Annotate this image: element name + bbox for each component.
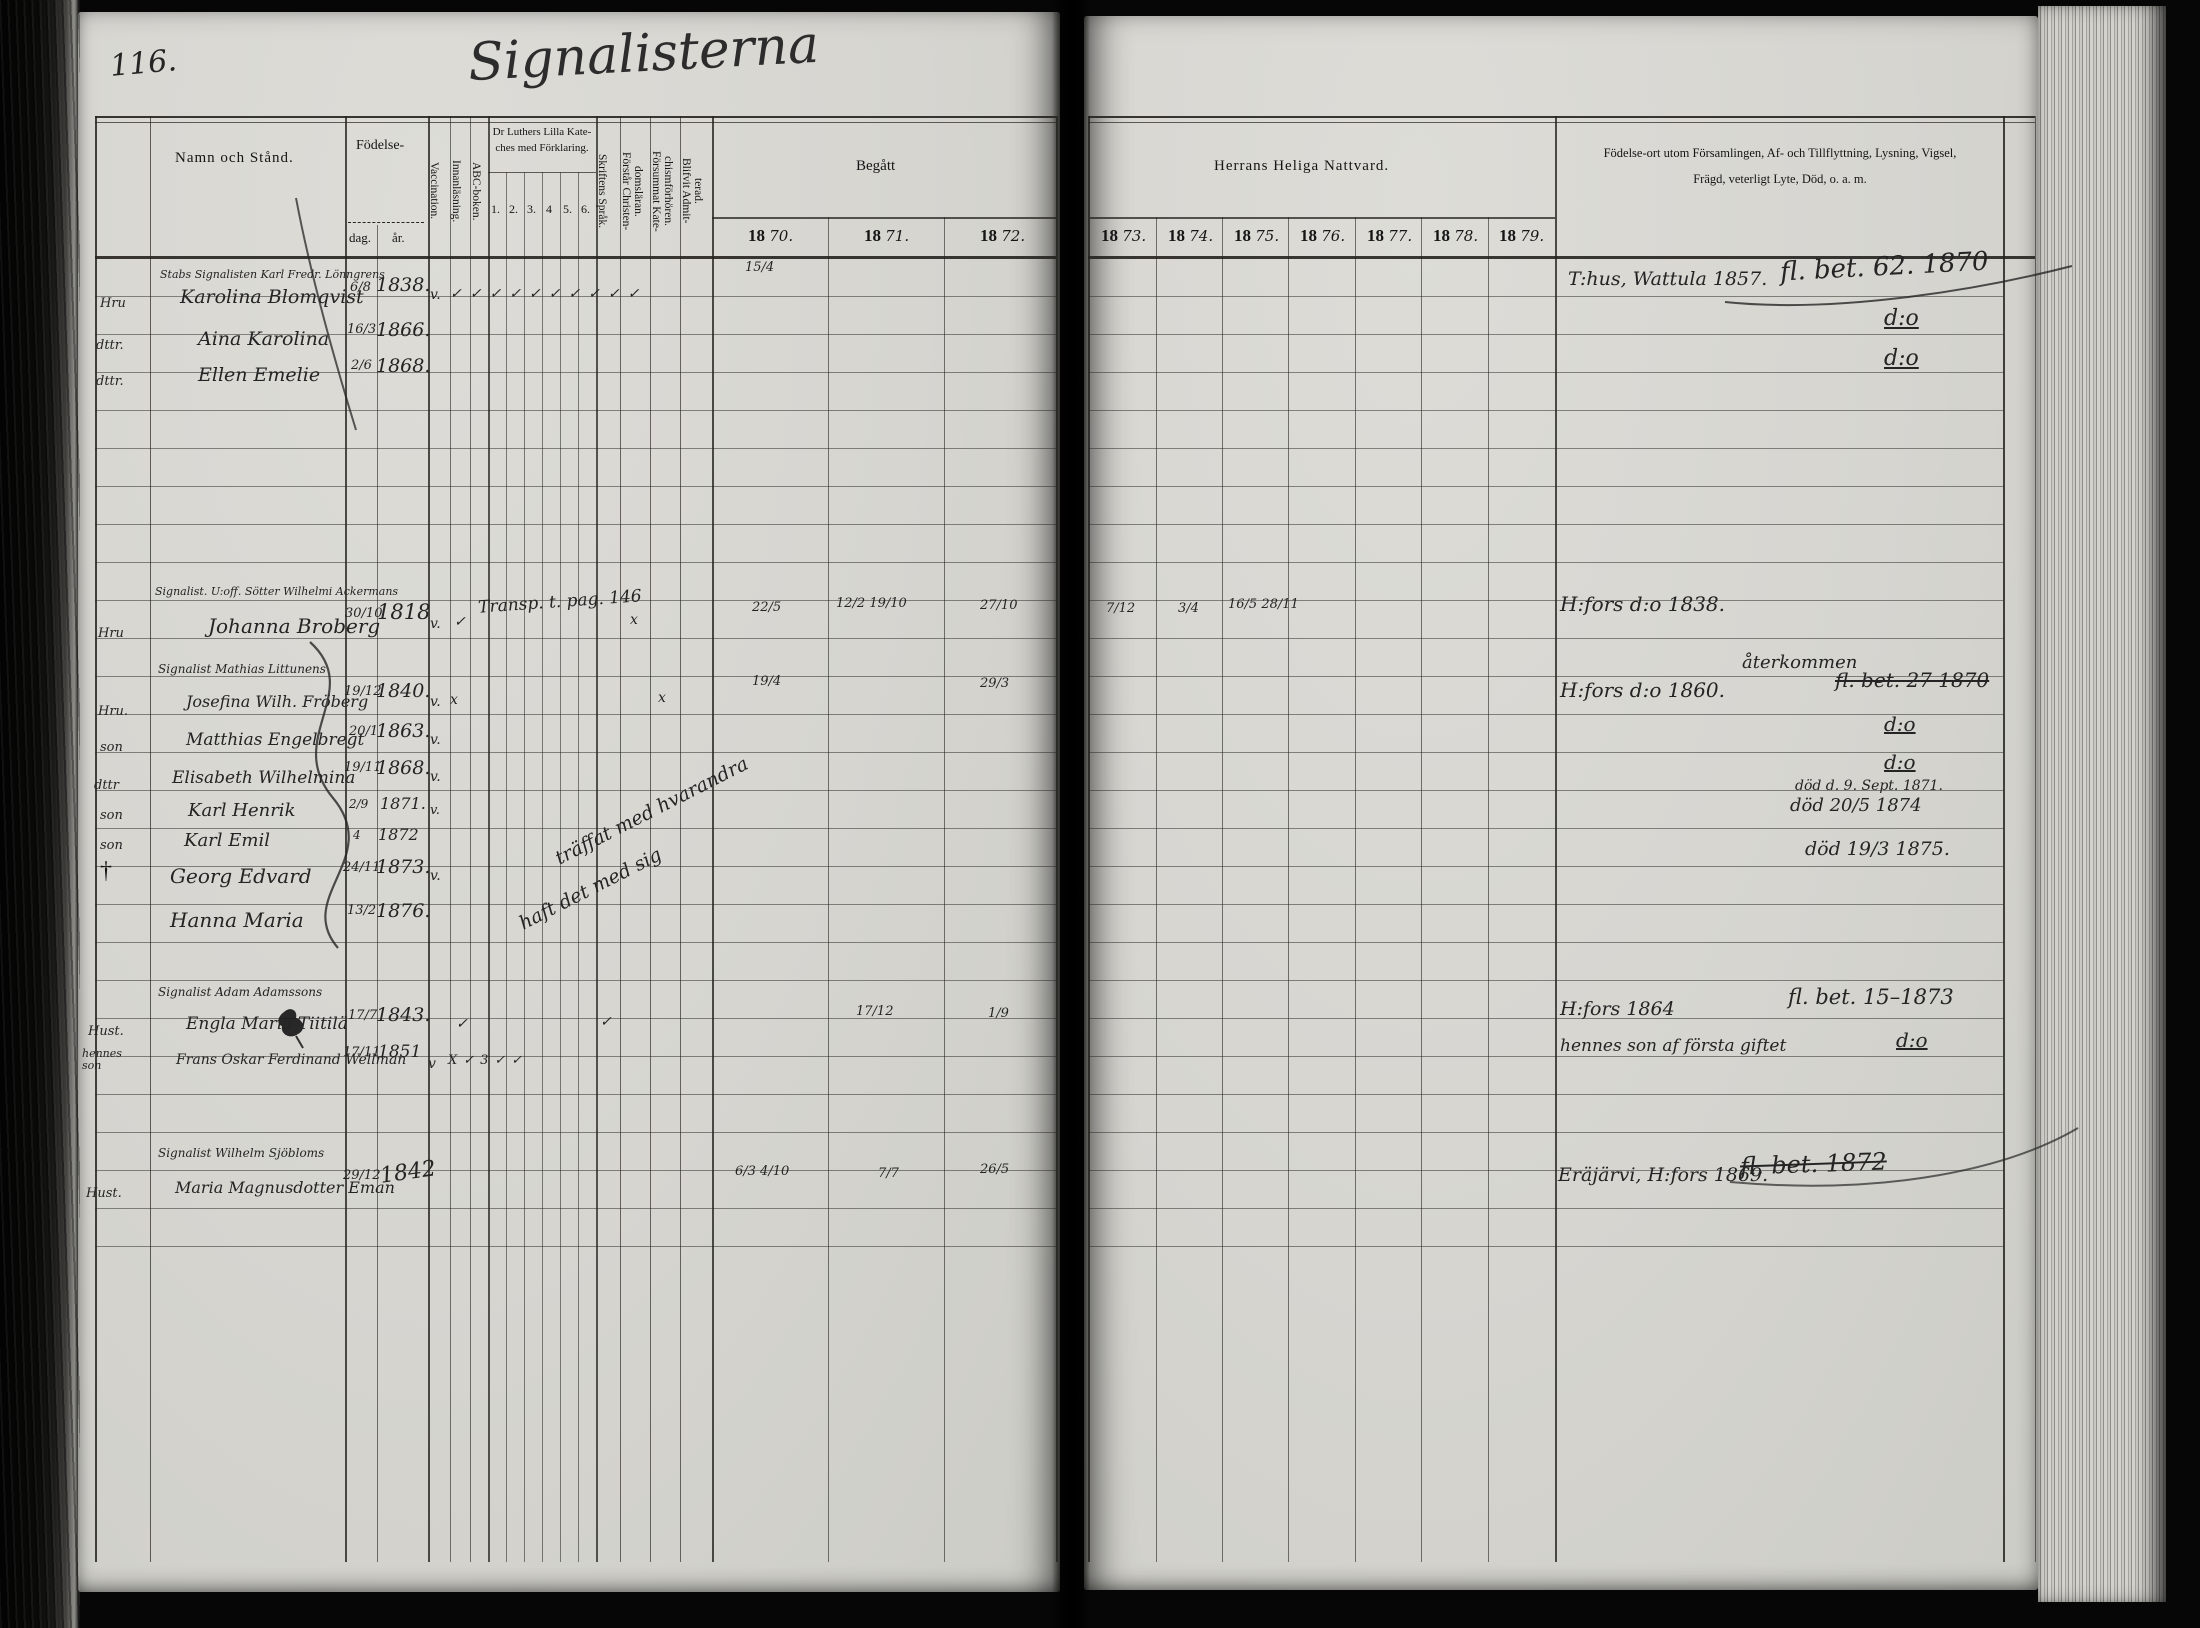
entry-vaccination-mark: v. [430, 769, 441, 785]
entry-margin: dttr [94, 778, 119, 793]
entry-birth-day: 24/11 [343, 860, 380, 875]
entry-note-moved: fl. bet. 1872 [1740, 1147, 1888, 1180]
entry-birth-day: 13/2 [347, 903, 376, 918]
entry-vaccination-mark: v. [430, 803, 440, 818]
entry-check-mark-2: x [658, 690, 666, 706]
entry-margin: Hru [98, 626, 124, 641]
entry-note-ditto: d:o [1884, 306, 1919, 331]
entry-birth-day: 6/8 [350, 280, 371, 295]
entry-occupation: Signalist Adam Adamssons [158, 985, 322, 999]
header-admitted-line1: Blifvit Admit- [680, 128, 692, 254]
entry-birth-year: 1843. [376, 1004, 430, 1026]
header-scripture: Skriftens Språk. [596, 128, 620, 254]
header-notes-line2: Frägd, veterligt Lyte, Död, o. a. m. [1565, 172, 1995, 187]
year-header-1879: 18 79. [1499, 226, 1544, 246]
entry-communion-1872: 29/3 [980, 676, 1009, 691]
entry-vaccination-mark: v. [430, 868, 441, 884]
header-missed-line1: Försummat Kate- [650, 128, 662, 254]
entry-birth-year: 1863. [376, 720, 430, 742]
entry-note-relation: hennes son af första giftet [1560, 1036, 1786, 1056]
page-number: 116. [109, 43, 179, 84]
entry-vaccination-mark: v. [430, 287, 441, 303]
entry-birth-day: 2/6 [351, 358, 372, 373]
header-catechism-line1: Dr Luthers Lilla Kate- [488, 126, 596, 138]
year-header-1870: 18 70. [748, 226, 793, 246]
entry-communion-1871: 7/7 [878, 1166, 899, 1181]
year-header-1876: 18 76. [1300, 226, 1345, 246]
entry-note-place: T:hus, Wattula 1857. [1568, 268, 1767, 290]
header-understands: Förstår Christen- domsläran. [620, 128, 650, 254]
header-catechism-col-1: 1. [491, 202, 500, 217]
entry-birth-year: 1851 [378, 1042, 421, 1062]
entry-birth-year: 1838. [376, 274, 430, 296]
entry-communion-1870: 15/4 [745, 260, 774, 275]
entry-vaccination-mark: v [428, 1056, 436, 1072]
header-catechism-col-4: 4 [546, 202, 552, 217]
entry-birth-year: 1866. [376, 319, 430, 341]
entry-birth-day: 29/12 [343, 1168, 380, 1183]
entry-note-moved: fl. bet. 15–1873 [1788, 985, 1954, 1009]
entry-communion-1872: 1/9 [988, 1006, 1009, 1021]
header-communion-main: Herrans Heliga Nattvard. [1214, 158, 1389, 175]
entry-name: Matthias Engelbregt [186, 730, 364, 750]
year-header-1878: 18 78. [1433, 226, 1478, 246]
entry-check-marks: ✓ [456, 1016, 468, 1032]
entry-note-moved: fl. bet. 27 1870 [1835, 668, 1989, 692]
entry-birth-year: 1818 [377, 600, 430, 624]
entry-name: Aina Karolina [198, 328, 329, 350]
entry-note-ditto: d:o [1884, 712, 1916, 736]
entry-name: Josefina Wilh. Fröberg [186, 692, 368, 711]
entry-communion-1874: 3/4 [1178, 601, 1199, 616]
entry-margin: Hru [100, 296, 126, 311]
entry-birth-day: 4 [353, 828, 361, 842]
header-catechism-col-2: 2. [509, 202, 518, 217]
entry-name: Karolina Blomqvist [180, 286, 364, 308]
entry-margin: Hust. [86, 1186, 122, 1201]
entry-check-marks: X✓3✓✓ [448, 1053, 528, 1068]
entry-margin: hennes son [82, 1048, 144, 1072]
header-catechism-col-6: 6. [581, 202, 590, 217]
entry-occupation: Signalist. U:off. Sötter Wilhelmi Ackerm… [155, 585, 398, 598]
header-catechism-line2: ches med Förklaring. [488, 142, 596, 154]
entry-check-marks: ✓ [454, 614, 466, 630]
header-birth-group: Födelse- [356, 138, 404, 154]
entry-name: Engla Maria Tiitilä [186, 1014, 348, 1034]
year-header-1872: 18 72. [980, 226, 1025, 246]
header-notes-line1: Födelse-ort utom Församlingen, Af- och T… [1565, 146, 1995, 161]
entry-check-mark-2: x [630, 612, 638, 628]
entry-birth-year: 1872 [378, 825, 419, 844]
entry-occupation: Signalist Mathias Littunens [158, 662, 326, 676]
entry-name: Karl Henrik [188, 800, 295, 821]
entry-name: Elisabeth Wilhelmina [172, 768, 355, 788]
entry-margin: dttr. [96, 374, 124, 389]
entry-check-marks: x [450, 692, 458, 708]
entry-communion-1875: 16/5 28/11 [1228, 597, 1299, 612]
entry-communion-1873: 7/12 [1106, 601, 1135, 616]
entry-birth-year: 1868. [376, 757, 430, 779]
entry-birth-day: 16/3 [347, 322, 376, 337]
entry-note-place: H:fors 1864 [1560, 998, 1675, 1020]
entry-communion-1871: 12/2 19/10 [836, 596, 907, 611]
entry-birth-year: 1868. [376, 355, 430, 377]
year-header-1875: 18 75. [1234, 226, 1279, 246]
entry-margin: son [100, 838, 123, 853]
entry-vaccination-mark: v. [430, 694, 441, 710]
book-scan: 116. Signalisterna Namn och Stånd. Födel… [0, 0, 2200, 1628]
entry-margin: Hru. [98, 704, 128, 719]
entry-margin: dttr. [96, 338, 124, 353]
entry-note-died: död 19/3 1875. [1805, 838, 1950, 860]
header-catechism-col-3: 3. [527, 202, 536, 217]
header-abc-book: ABC-boken. [470, 128, 488, 254]
entry-check-mark-2: ✓ [600, 1014, 612, 1030]
entry-note-ditto: d:o [1896, 1028, 1928, 1052]
entry-margin: son [100, 808, 123, 823]
header-admitted-line2: terad. [692, 128, 704, 254]
entry-note-place: H:fors d:o 1860. [1560, 678, 1725, 702]
entry-birth-year: 1876. [376, 900, 430, 922]
header-understands-line1: Förstår Christen- [620, 128, 632, 254]
entry-vaccination-mark: v. [430, 732, 441, 748]
entry-communion-1872: 27/10 [980, 598, 1017, 613]
entry-name: Georg Edvard [170, 864, 312, 888]
entry-note-died: död d. 9. Sept. 1871. [1795, 778, 1943, 794]
entry-birth-day: 17/7 [348, 1008, 377, 1023]
year-header-1874: 18 74. [1168, 226, 1213, 246]
year-header-1871: 18 71. [864, 226, 909, 246]
entry-margin: son [100, 740, 123, 755]
entry-note-place: H:fors d:o 1838. [1560, 592, 1725, 616]
entry-communion-1870: 19/4 [752, 674, 781, 689]
entry-note-died: död 20/5 1874 [1790, 795, 1922, 816]
entry-name: Ellen Emelie [198, 364, 320, 386]
year-header-1877: 18 77. [1367, 226, 1412, 246]
header-catechism-col-5: 5. [563, 202, 572, 217]
entry-communion-1872: 26/5 [980, 1162, 1009, 1177]
header-admitted: Blifvit Admit- terad. [680, 128, 712, 254]
entry-name: Hanna Maria [170, 908, 304, 932]
entry-birth-day: 2/9 [349, 797, 368, 811]
entry-name: Karl Emil [184, 830, 270, 851]
entry-birth-day: 20/1 [349, 724, 378, 739]
entry-birth-day: 17/11 [343, 1045, 380, 1060]
entry-vaccination-mark: v. [430, 616, 441, 632]
entry-birth-year: 1873. [376, 856, 430, 878]
death-cross-mark: † [100, 858, 112, 885]
header-name-col: Namn och Stånd. [175, 150, 294, 167]
entry-communion-1871: 17/12 [856, 1004, 893, 1019]
entry-occupation: Signalist Wilhelm Sjöbloms [158, 1146, 324, 1160]
entry-communion-1870: 22/5 [752, 600, 781, 615]
entry-birth-year: 1871. [380, 794, 426, 813]
entry-birth-year: 1840. [376, 680, 430, 702]
header-birth-year: år. [392, 230, 405, 246]
entry-note-place: Eräjärvi, H:fors 1869. [1558, 1164, 1768, 1186]
header-birth-day: dag. [349, 230, 371, 246]
entry-communion-1870: 6/3 4/10 [735, 1164, 789, 1179]
header-missed-line2: chismförhören. [662, 128, 674, 254]
year-header-1873: 18 73. [1101, 226, 1146, 246]
header-vaccination: Vaccination. [428, 128, 450, 254]
entry-note-ditto: d:o [1884, 346, 1919, 371]
entry-note-ditto: d:o [1884, 750, 1916, 774]
header-reading: Innanläsning. [450, 128, 470, 254]
header-understands-line2: domsläran. [632, 128, 644, 254]
entry-margin: Hust. [88, 1024, 124, 1039]
header-missed: Försummat Kate- chismförhören. [650, 128, 680, 254]
header-communion-began: Begått [856, 158, 895, 175]
entry-check-marks: ✓✓✓✓✓✓✓✓✓✓ [450, 286, 647, 302]
